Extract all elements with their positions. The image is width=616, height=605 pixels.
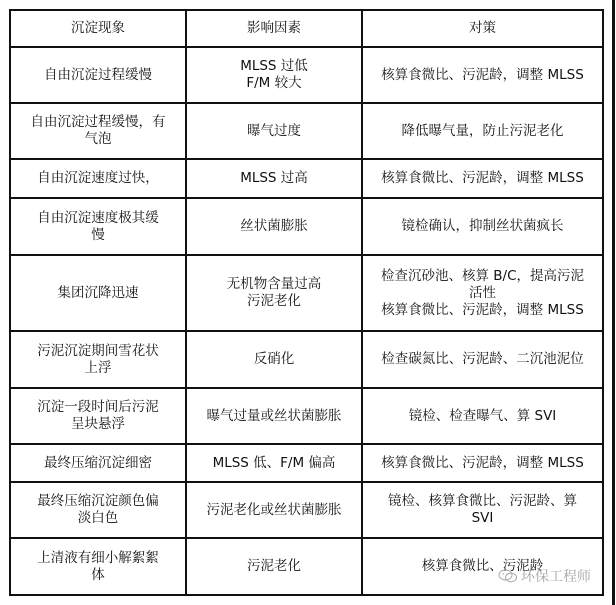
table-row: 自由沉淀过程缓慢 MLSS 过低 F/M 较大 核算食微比、污泥龄，调整 MLS… (10, 47, 603, 103)
cell-factor: MLSS 过低 F/M 较大 (186, 47, 362, 103)
right-edge-line (612, 0, 615, 605)
cell-phenomenon: 自由沉淀速度极其缓 慢 (10, 198, 186, 255)
cell-phenomenon: 自由沉淀过程缓慢，有 气泡 (10, 103, 186, 159)
header-measure: 对策 (362, 10, 603, 47)
cell-factor: 污泥老化 (186, 538, 362, 595)
cell-factor: 曝气过度 (186, 103, 362, 159)
table-row: 自由沉淀过程缓慢，有 气泡 曝气过度 降低曝气量，防止污泥老化 (10, 103, 603, 159)
cell-measure: 镜检、核算食微比、污泥龄、算 SVI (362, 482, 603, 538)
cell-measure: 镜检、检查曝气、算 SVI (362, 388, 603, 444)
cell-measure: 检查沉砂池、核算 B/C，提高污泥 活性 核算食微比、污泥龄，调整 MLSS (362, 255, 603, 331)
cell-phenomenon: 沉淀一段时间后污泥 呈块悬浮 (10, 388, 186, 444)
cell-phenomenon: 自由沉淀速度过快， (10, 159, 186, 198)
cell-factor: 反硝化 (186, 331, 362, 388)
cell-measure: 检查碳氮比、污泥龄、二沉池泥位 (362, 331, 603, 388)
table-row: 自由沉淀速度过快， MLSS 过高 核算食微比、污泥龄，调整 MLSS (10, 159, 603, 198)
cell-phenomenon: 最终压缩沉淀颜色偏 淡白色 (10, 482, 186, 538)
cell-measure: 核算食微比、污泥龄，调整 MLSS (362, 47, 603, 103)
table-row: 最终压缩沉淀颜色偏 淡白色 污泥老化或丝状菌膨胀 镜检、核算食微比、污泥龄、算 … (10, 482, 603, 538)
watermark: 环保工程师 (498, 566, 591, 586)
cell-measure: 核算食微比、污泥龄，调整 MLSS (362, 159, 603, 198)
cell-measure: 核算食微比、污泥龄，调整 MLSS (362, 444, 603, 482)
cell-phenomenon: 上清液有细小解絮絮 体 (10, 538, 186, 595)
header-factor: 影响因素 (186, 10, 362, 47)
cell-measure: 镜检确认，抑制丝状菌疯长 (362, 198, 603, 255)
cell-factor: 曝气过量或丝状菌膨胀 (186, 388, 362, 444)
sludge-settling-table: 沉淀现象 影响因素 对策 自由沉淀过程缓慢 MLSS 过低 F/M 较大 核算食… (9, 9, 604, 596)
watermark-text: 环保工程师 (521, 566, 591, 586)
cell-phenomenon: 污泥沉淀期间雪花状 上浮 (10, 331, 186, 388)
cell-factor: 污泥老化或丝状菌膨胀 (186, 482, 362, 538)
table-row: 集团沉降迅速 无机物含量过高 污泥老化 检查沉砂池、核算 B/C，提高污泥 活性… (10, 255, 603, 331)
cell-phenomenon: 最终压缩沉淀细密 (10, 444, 186, 482)
cell-factor: 无机物含量过高 污泥老化 (186, 255, 362, 331)
table-header-row: 沉淀现象 影响因素 对策 (10, 10, 603, 47)
header-phenomenon: 沉淀现象 (10, 10, 186, 47)
cell-phenomenon: 自由沉淀过程缓慢 (10, 47, 186, 103)
table-row: 自由沉淀速度极其缓 慢 丝状菌膨胀 镜检确认，抑制丝状菌疯长 (10, 198, 603, 255)
table-row: 沉淀一段时间后污泥 呈块悬浮 曝气过量或丝状菌膨胀 镜检、检查曝气、算 SVI (10, 388, 603, 444)
cell-factor: 丝状菌膨胀 (186, 198, 362, 255)
cell-factor: MLSS 过高 (186, 159, 362, 198)
wechat-icon (498, 569, 518, 583)
cell-factor: MLSS 低、F/M 偏高 (186, 444, 362, 482)
table-row: 污泥沉淀期间雪花状 上浮 反硝化 检查碳氮比、污泥龄、二沉池泥位 (10, 331, 603, 388)
cell-phenomenon: 集团沉降迅速 (10, 255, 186, 331)
cell-measure: 降低曝气量，防止污泥老化 (362, 103, 603, 159)
table-row: 最终压缩沉淀细密 MLSS 低、F/M 偏高 核算食微比、污泥龄，调整 MLSS (10, 444, 603, 482)
